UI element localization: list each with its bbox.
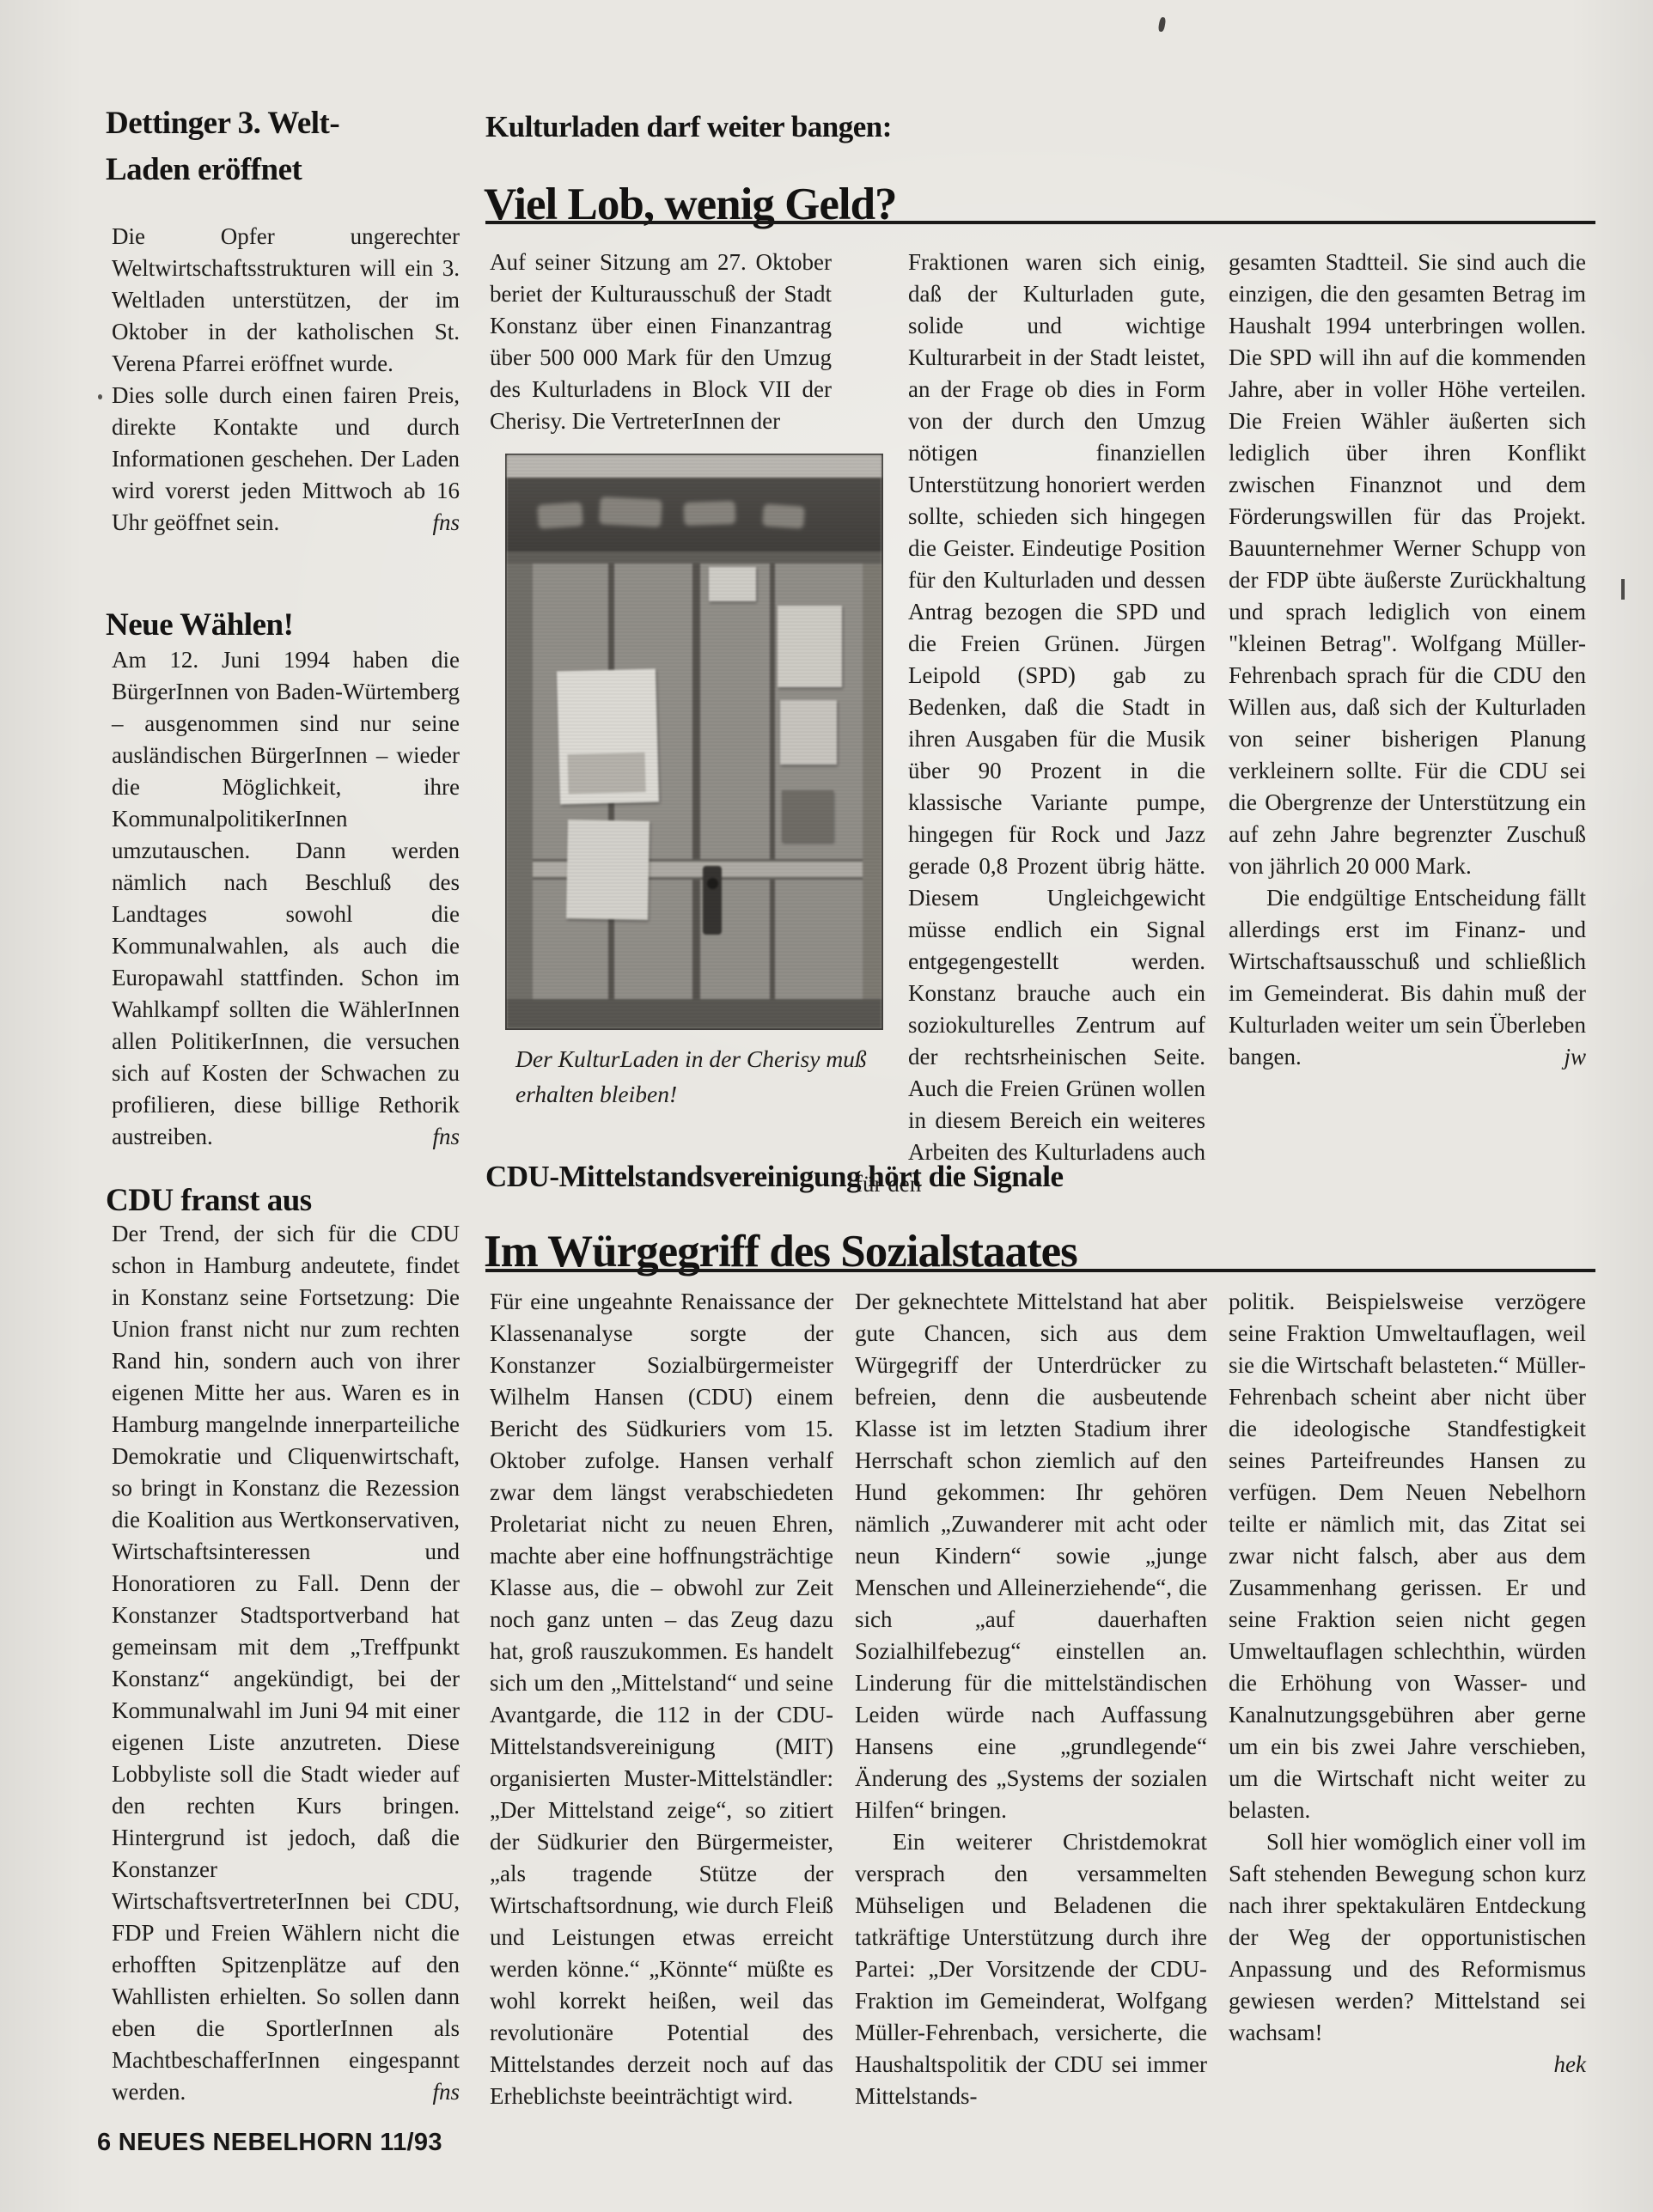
- paragraph: gesamten Stadtteil. Sie sind auch die ei…: [1229, 247, 1586, 882]
- page-footer: 6 NEUES NEBELHORN 11/93: [97, 2129, 442, 2157]
- author-signature: fns: [420, 1121, 460, 1153]
- paragraph: politik. Beispielsweise verzögere seine …: [1229, 1286, 1586, 1826]
- wuergegriff-column-3: politik. Beispielsweise verzögere seine …: [1229, 1286, 1586, 2081]
- paragraph: Fraktionen waren sich einig, daß der Kul…: [855, 247, 1205, 1200]
- wuergegriff-column-1: Für eine ungeahnte Renaissance der Klass…: [490, 1286, 833, 2112]
- kulturladen-column-3: gesamten Stadtteil. Sie sind auch die ei…: [1229, 247, 1586, 1073]
- paragraph: Für eine ungeahnte Renaissance der Klass…: [490, 1286, 833, 2112]
- paragraph: Der geknechtete Mittelstand hat aber gut…: [855, 1286, 1207, 1826]
- paragraph-text: Am 12. Juni 1994 haben die BürgerInnen v…: [112, 647, 460, 1149]
- wuergegriff-column-2: Der geknechtete Mittelstand hat aber gut…: [855, 1286, 1207, 2112]
- headline-weltladen: Dettinger 3. Welt-Laden eröffnet: [106, 101, 424, 193]
- paragraph: Ein weiterer Christdemokrat versprach de…: [855, 1826, 1207, 2112]
- kulturladen-door-photo: [505, 454, 883, 1030]
- paragraph: Die Opfer ungerechter Weltwirtschaftsstr…: [112, 221, 460, 380]
- paragraph: Der Trend, der sich für die CDU schon in…: [112, 1218, 460, 2108]
- article-weltladen-body: Die Opfer ungerechter Weltwirtschaftsstr…: [112, 221, 460, 539]
- scan-artifact: [98, 394, 102, 399]
- paragraph: Soll hier womöglich einer voll im Saft s…: [1229, 1826, 1586, 2049]
- paragraph: Auf seiner Sitzung am 27. Oktober beriet…: [490, 247, 832, 437]
- photo-wrap-spacer: [855, 437, 908, 1142]
- author-signature: jw: [1514, 1041, 1586, 1073]
- author-signature: fns: [420, 507, 460, 539]
- article-neue-waehlen-body: Am 12. Juni 1994 haben die BürgerInnen v…: [112, 644, 460, 1153]
- headline-neue-waehlen: Neue Wählen!: [106, 602, 458, 649]
- article-cdu-franst-aus-body: Der Trend, der sich für die CDU schon in…: [112, 1218, 460, 2108]
- photo-grain-overlay: [507, 455, 881, 1028]
- kicker-mittelstandsvereinigung: CDU-Mittelstandsvereinigung hört die Sig…: [485, 1160, 1064, 1194]
- scan-artifact: [1621, 579, 1625, 600]
- scan-artifact: [1158, 17, 1167, 33]
- headline-rule: [485, 221, 1595, 224]
- paragraph-text: Dies solle durch einen fairen Preis, dir…: [112, 382, 460, 535]
- headline-rule: [485, 1269, 1595, 1272]
- headline-cdu-franst-aus: CDU franst aus: [106, 1178, 458, 1224]
- kicker-kulturladen: Kulturladen darf weiter bangen:: [485, 110, 892, 144]
- newspaper-page: Dettinger 3. Welt-Laden eröffnet Die Opf…: [0, 0, 1653, 2212]
- paragraph-text: Der Trend, der sich für die CDU schon in…: [112, 1221, 460, 2105]
- author-signature: hek: [1229, 2049, 1586, 2081]
- kulturladen-column-1: Auf seiner Sitzung am 27. Oktober beriet…: [490, 247, 832, 437]
- paragraph: Dies solle durch einen fairen Preis, dir…: [112, 380, 460, 539]
- kulturladen-column-2: Fraktionen waren sich einig, daß der Kul…: [855, 247, 1205, 1200]
- author-signature: fns: [420, 2076, 460, 2108]
- photo-caption: Der KulturLaden in der Cherisy muß erhal…: [515, 1041, 868, 1112]
- paragraph: Die endgültige Entscheidung fällt allerd…: [1229, 882, 1586, 1073]
- paragraph: Am 12. Juni 1994 haben die BürgerInnen v…: [112, 644, 460, 1153]
